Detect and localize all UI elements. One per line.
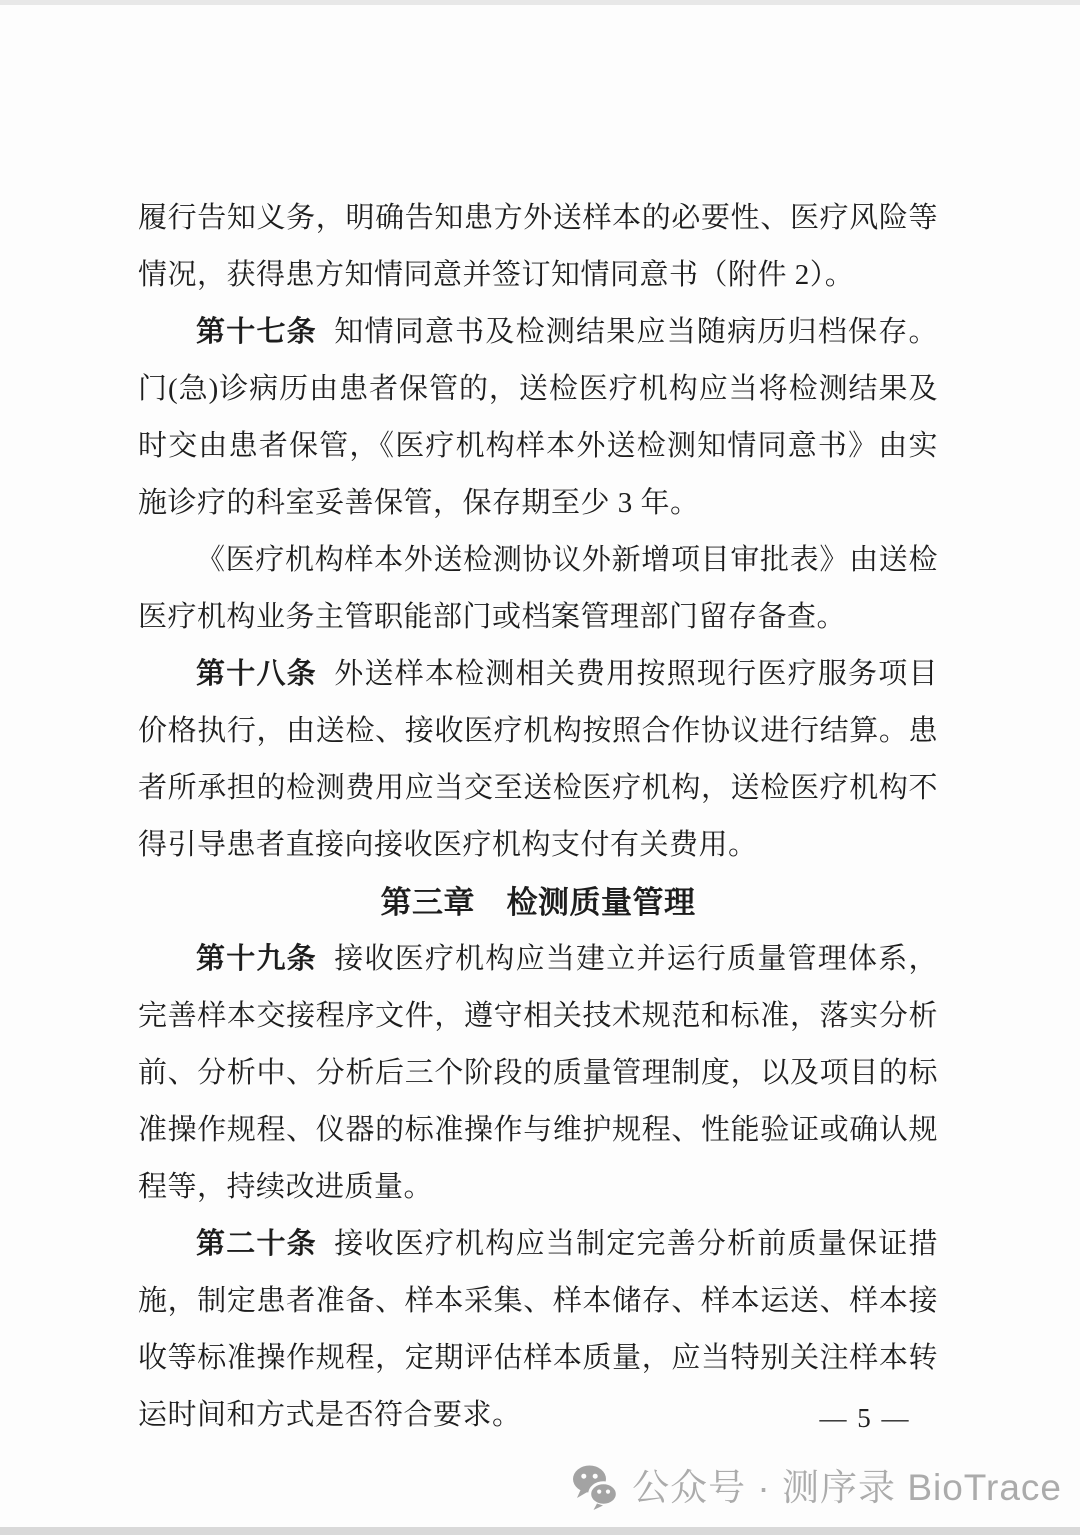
watermark: 公众号 · 测序录 BioTrace xyxy=(572,1464,1062,1512)
article-number: 第二十条 xyxy=(196,1228,317,1260)
article-number: 第十七条 xyxy=(196,316,317,348)
watermark-text: 公众号 · 测序录 BioTrace xyxy=(632,1464,1062,1512)
wechat-icon xyxy=(572,1465,619,1512)
paragraph: 第十八条外送样本检测相关费用按照现行医疗服务项目价格执行，由送检、接收医疗机构按… xyxy=(138,646,938,874)
paragraph-text: 接收医疗机构应当建立并运行质量管理体系，完善样本交接程序文件，遵守相关技术规范和… xyxy=(138,943,938,1203)
paragraph: 第十九条接收医疗机构应当建立并运行质量管理体系，完善样本交接程序文件，遵守相关技… xyxy=(138,931,938,1216)
article-number: 第十九条 xyxy=(196,943,317,975)
article-number: 第十八条 xyxy=(196,658,317,690)
page-number: — 5 — xyxy=(798,1400,932,1436)
top-edge-strip xyxy=(0,0,1080,5)
chapter-heading: 第三章 检测质量管理 xyxy=(138,874,938,931)
paragraph: 《医疗机构样本外送检测协议外新增项目审批表》由送检医疗机构业务主管职能部门或档案… xyxy=(138,532,938,646)
document-body: 履行告知义务，明确告知患方外送样本的必要性、医疗风险等情况，获得患方知情同意并签… xyxy=(138,190,938,1444)
paragraph: 履行告知义务，明确告知患方外送样本的必要性、医疗风险等情况，获得患方知情同意并签… xyxy=(138,190,938,304)
bottom-edge-strip xyxy=(0,1527,1080,1535)
paragraph: 第十七条知情同意书及检测结果应当随病历归档保存。门(急)诊病历由患者保管的，送检… xyxy=(138,304,938,532)
